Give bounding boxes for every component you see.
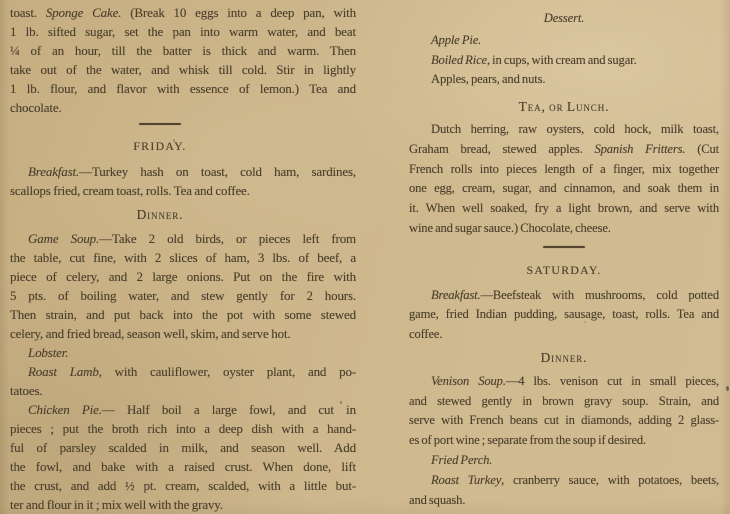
text-line: Breakfast.—Turkey hash on toast, cold ha… <box>10 162 356 181</box>
text-run: , with cauliflower, oyster plant, and po… <box>99 364 356 379</box>
text-run: and squash. <box>409 493 465 507</box>
text-line: French rolls into pieces length of a fin… <box>409 160 719 180</box>
sponge-cake-paragraph: toast. Sponge Cake. (Break 10 eggs into … <box>10 3 356 117</box>
text-run: piece of celery, and 2 large onions. Put… <box>10 269 356 284</box>
text-line: chocolate. <box>10 98 356 117</box>
text-run: —Take 2 old birds, or pieces left from <box>99 231 356 246</box>
fried-perch-item: Fried Perch. <box>409 451 719 471</box>
text-run: —Turkey hash on toast, cold ham, sardine… <box>79 164 356 179</box>
text-run: French rolls into pieces length of a fin… <box>409 162 719 176</box>
text-run-italic: Boiled Rice <box>431 53 487 67</box>
text-run: chocolate. <box>10 100 62 115</box>
text-line: and squash. <box>409 491 719 511</box>
text-run: Then strain, and put back into the pot w… <box>10 307 356 322</box>
saturday-dinner-heading: Dinner. <box>409 348 719 368</box>
text-run-italic: Breakfast. <box>28 164 79 179</box>
text-run: one egg, cream, sugar, and cinnamon, and… <box>409 181 719 195</box>
text-run: pieces ; put the broth rich into a deep … <box>10 421 356 436</box>
text-line: pieces ; put the broth rich into a deep … <box>10 419 356 438</box>
saturday-breakfast-paragraph: Breakfast.—Beefsteak with mushrooms, col… <box>409 286 719 345</box>
venison-soup-paragraph: Venison Soup.—4 lbs. venison cut in smal… <box>409 372 719 451</box>
text-run: the table, cut fine, with 2 slices of ha… <box>10 250 356 265</box>
list-item: Apples, pears, and nuts. <box>409 70 719 90</box>
text-run: es of port wine ; separate from the soup… <box>409 433 646 447</box>
text-line: one egg, cream, sugar, and cinnamon, and… <box>409 179 719 199</box>
section-divider <box>409 246 719 248</box>
text-run-italic: Sponge Cake. <box>46 5 121 20</box>
game-soup-paragraph: Game Soup.—Take 2 old birds, or pieces l… <box>10 229 356 343</box>
tea-paragraph: Dutch herring, raw oysters, cold hock, m… <box>409 120 719 239</box>
roast-lamb-paragraph: Roast Lamb, with cauliflower, oyster pla… <box>10 362 356 400</box>
text-line: wine and sugar sauce.) Chocolate, cheese… <box>409 219 719 239</box>
lobster-item: Lobster. <box>10 343 356 362</box>
text-run: , in cups, with cream and sugar. <box>487 53 637 67</box>
text-line: tatoes. <box>10 381 356 400</box>
text-line: Breakfast.—Beefsteak with mushrooms, col… <box>409 286 719 306</box>
text-line: Chicken Pie.— Half boil a large fowl, an… <box>10 400 356 419</box>
text-run: Apples, pears, and nuts. <box>431 72 545 86</box>
text-line: coffee. <box>409 325 719 345</box>
text-run: —4 lbs. venison cut in small pieces, <box>506 374 719 388</box>
text-line: ter and flour in it ; mix well with the … <box>10 495 356 514</box>
text-run: the crust, and add ½ pt. cream, scalded,… <box>10 478 356 493</box>
text-run: serve with French beans cut in diamonds,… <box>409 413 719 427</box>
text-line: game, fried Indian pudding, sausage, toa… <box>409 305 719 325</box>
text-run: ter and flour in it ; mix well with the … <box>10 497 223 512</box>
text-run: and stewed gently in brown gravy soup. S… <box>409 394 719 408</box>
roast-turkey-paragraph: Roast Turkey, cranberry sauce, with pota… <box>409 471 719 511</box>
text-line: Dutch herring, raw oysters, cold hock, m… <box>409 120 719 140</box>
text-line: ful of parsley scalded in milk, and seas… <box>10 438 356 457</box>
text-line: Then strain, and put back into the pot w… <box>10 305 356 324</box>
text-line: 1 lb. sifted sugar, set the pan into war… <box>10 22 356 41</box>
saturday-heading: SATURDAY. <box>409 261 719 281</box>
text-line: serve with French beans cut in diamonds,… <box>409 411 719 431</box>
text-line: Roast Turkey, cranberry sauce, with pota… <box>409 471 719 491</box>
text-run: Graham bread, stewed apples. <box>409 142 594 156</box>
text-run-italic: Roast Turkey <box>431 473 501 487</box>
text-run-italic: Spanish Fritters. <box>594 142 685 156</box>
text-run: ful of parsley scalded in milk, and seas… <box>10 440 356 455</box>
text-run: toast. <box>10 5 46 20</box>
text-run-italic: Breakfast. <box>431 288 480 302</box>
text-line: es of port wine ; separate from the soup… <box>409 431 719 451</box>
text-line: and stewed gently in brown gravy soup. S… <box>409 392 719 412</box>
chicken-pie-paragraph: Chicken Pie.— Half boil a large fowl, an… <box>10 400 356 514</box>
text-line: it. When well soaked, fry a light brown,… <box>409 199 719 219</box>
text-line: the crust, and add ½ pt. cream, scalded,… <box>10 476 356 495</box>
text-run-italic: Fried Perch. <box>431 453 492 467</box>
text-run: — Half boil a large fowl, and cut in <box>102 402 356 417</box>
tea-or-lunch-heading: Tea, or Lunch. <box>409 97 719 117</box>
text-line: ¼ of an hour, till the batter is thick a… <box>10 41 356 60</box>
text-run: —Beefsteak with mushrooms, cold potted <box>480 288 719 302</box>
paper-speck <box>726 386 729 391</box>
text-run: tatoes. <box>10 383 43 398</box>
left-page: toast. Sponge Cake. (Break 10 eggs into … <box>10 3 356 514</box>
text-run: ¼ of an hour, till the batter is thick a… <box>10 43 356 58</box>
text-line: take out of the water, and whisk till co… <box>10 60 356 79</box>
text-line: 1 lb. flour, and flavor with essence of … <box>10 79 356 98</box>
text-line: Venison Soup.—4 lbs. venison cut in smal… <box>409 372 719 392</box>
text-run: celery, and fried bread, season well, sk… <box>10 326 291 341</box>
text-line: scallops fried, cream toast, rolls. Tea … <box>10 181 356 200</box>
text-run: take out of the water, and whisk till co… <box>10 62 356 77</box>
text-run-italic: Lobster. <box>28 345 68 360</box>
text-run-italic: Game Soup. <box>28 231 99 246</box>
text-run-italic: Chicken Pie. <box>28 402 102 417</box>
text-line: toast. Sponge Cake. (Break 10 eggs into … <box>10 3 356 22</box>
friday-dinner-heading: Dinner. <box>10 205 310 224</box>
text-line: 5 pts. of boiling water, and stew gently… <box>10 286 356 305</box>
text-line: the fowl, and bake with a raised crust. … <box>10 457 356 476</box>
text-line: Game Soup.—Take 2 old birds, or pieces l… <box>10 229 356 248</box>
text-run-italic: Roast Lamb <box>28 364 99 379</box>
text-run: coffee. <box>409 327 442 341</box>
text-run-italic: Apple Pie. <box>431 33 481 47</box>
friday-breakfast-paragraph: Breakfast.—Turkey hash on toast, cold ha… <box>10 162 356 200</box>
dessert-heading: Dessert. <box>409 9 719 29</box>
text-run: Dutch herring, raw oysters, cold hock, m… <box>431 122 719 136</box>
text-run: game, fried Indian pudding, sausage, toa… <box>409 307 719 321</box>
text-run: 5 pts. of boiling water, and stew gently… <box>10 288 356 303</box>
text-run: (Break 10 eggs into a deep pan, with <box>121 5 356 20</box>
section-divider <box>10 123 310 125</box>
text-run: 1 lb. sifted sugar, set the pan into war… <box>10 24 356 39</box>
dessert-items: Apple Pie. Boiled Rice, in cups, with cr… <box>409 31 719 90</box>
text-run: 1 lb. flour, and flavor with essence of … <box>10 81 356 96</box>
text-line: piece of celery, and 2 large onions. Put… <box>10 267 356 286</box>
text-run: it. When well soaked, fry a light brown,… <box>409 201 719 215</box>
text-run: , cranberry sauce, with potatoes, beets, <box>501 473 719 487</box>
text-line: celery, and fried bread, season well, sk… <box>10 324 356 343</box>
list-item: Apple Pie. <box>409 31 719 51</box>
text-run: (Cut <box>685 142 719 156</box>
list-item: Boiled Rice, in cups, with cream and sug… <box>409 51 719 71</box>
divider-rule <box>139 123 181 125</box>
text-line: Roast Lamb, with cauliflower, oyster pla… <box>10 362 356 381</box>
text-line: the table, cut fine, with 2 slices of ha… <box>10 248 356 267</box>
friday-heading: FRIDAY. <box>10 137 310 156</box>
right-page: Dessert. Apple Pie. Boiled Rice, in cups… <box>409 9 719 510</box>
text-run-italic: Venison Soup. <box>431 374 506 388</box>
text-run: the fowl, and bake with a raised crust. … <box>10 459 356 474</box>
divider-rule <box>543 246 585 248</box>
text-run: wine and sugar sauce.) Chocolate, cheese… <box>409 221 611 235</box>
text-line: Graham bread, stewed apples. Spanish Fri… <box>409 140 719 160</box>
text-run: scallops fried, cream toast, rolls. Tea … <box>10 183 250 198</box>
